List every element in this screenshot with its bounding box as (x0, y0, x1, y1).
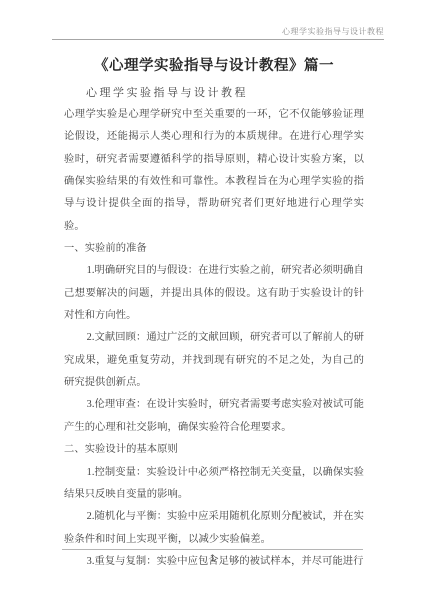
page-number: 1 (62, 553, 363, 564)
doc-subtitle: 心理学实验指导与设计教程 (64, 86, 364, 101)
doc-title: 《心理学实验指导与设计教程》篇一 (64, 56, 364, 76)
document-page: 心理学实验指导与设计教程 《心理学实验指导与设计教程》篇一 心理学实验指导与设计… (0, 0, 424, 600)
numbered-item-2-1: 1.控制变量：实验设计中必须严格控制无关变量，以确保实验结果只反映自变量的影响。 (64, 462, 364, 507)
header-rule (52, 39, 384, 40)
numbered-item-1-2: 2.文献回顾：通过广泛的文献回顾，研究者可以了解前人的研究成果，避免重复劳动，并… (64, 327, 364, 394)
footer-rule (62, 549, 363, 550)
section-heading-1: 一、实验前的准备 (64, 238, 364, 260)
header-title: 心理学实验指导与设计教程 (52, 0, 384, 36)
section-heading-2: 二、实验设计的基本原则 (64, 439, 364, 461)
numbered-item-2-2: 2.随机化与平衡：实验中应采用随机化原则分配被试，并在实验条件和时间上实现平衡，… (64, 506, 364, 551)
page-header: 心理学实验指导与设计教程 (52, 0, 384, 40)
document-content: 《心理学实验指导与设计教程》篇一 心理学实验指导与设计教程 心理学实验是心理学研… (64, 50, 364, 573)
paragraph-intro: 心理学实验是心理学研究中至关重要的一环，它不仅能够验证理论假设，还能揭示人类心理… (64, 104, 364, 238)
numbered-item-1-3: 3.伦理审查：在设计实验时，研究者需要考虑实验对被试可能产生的心理和社交影响，确… (64, 394, 364, 439)
numbered-item-1-1: 1.明确研究目的与假设：在进行实验之前，研究者必须明确自己想要解决的问题，并提出… (64, 260, 364, 327)
page-footer: 1 (62, 549, 363, 564)
body-text: 心理学实验是心理学研究中至关重要的一环，它不仅能够验证理论假设，还能揭示人类心理… (64, 104, 364, 573)
